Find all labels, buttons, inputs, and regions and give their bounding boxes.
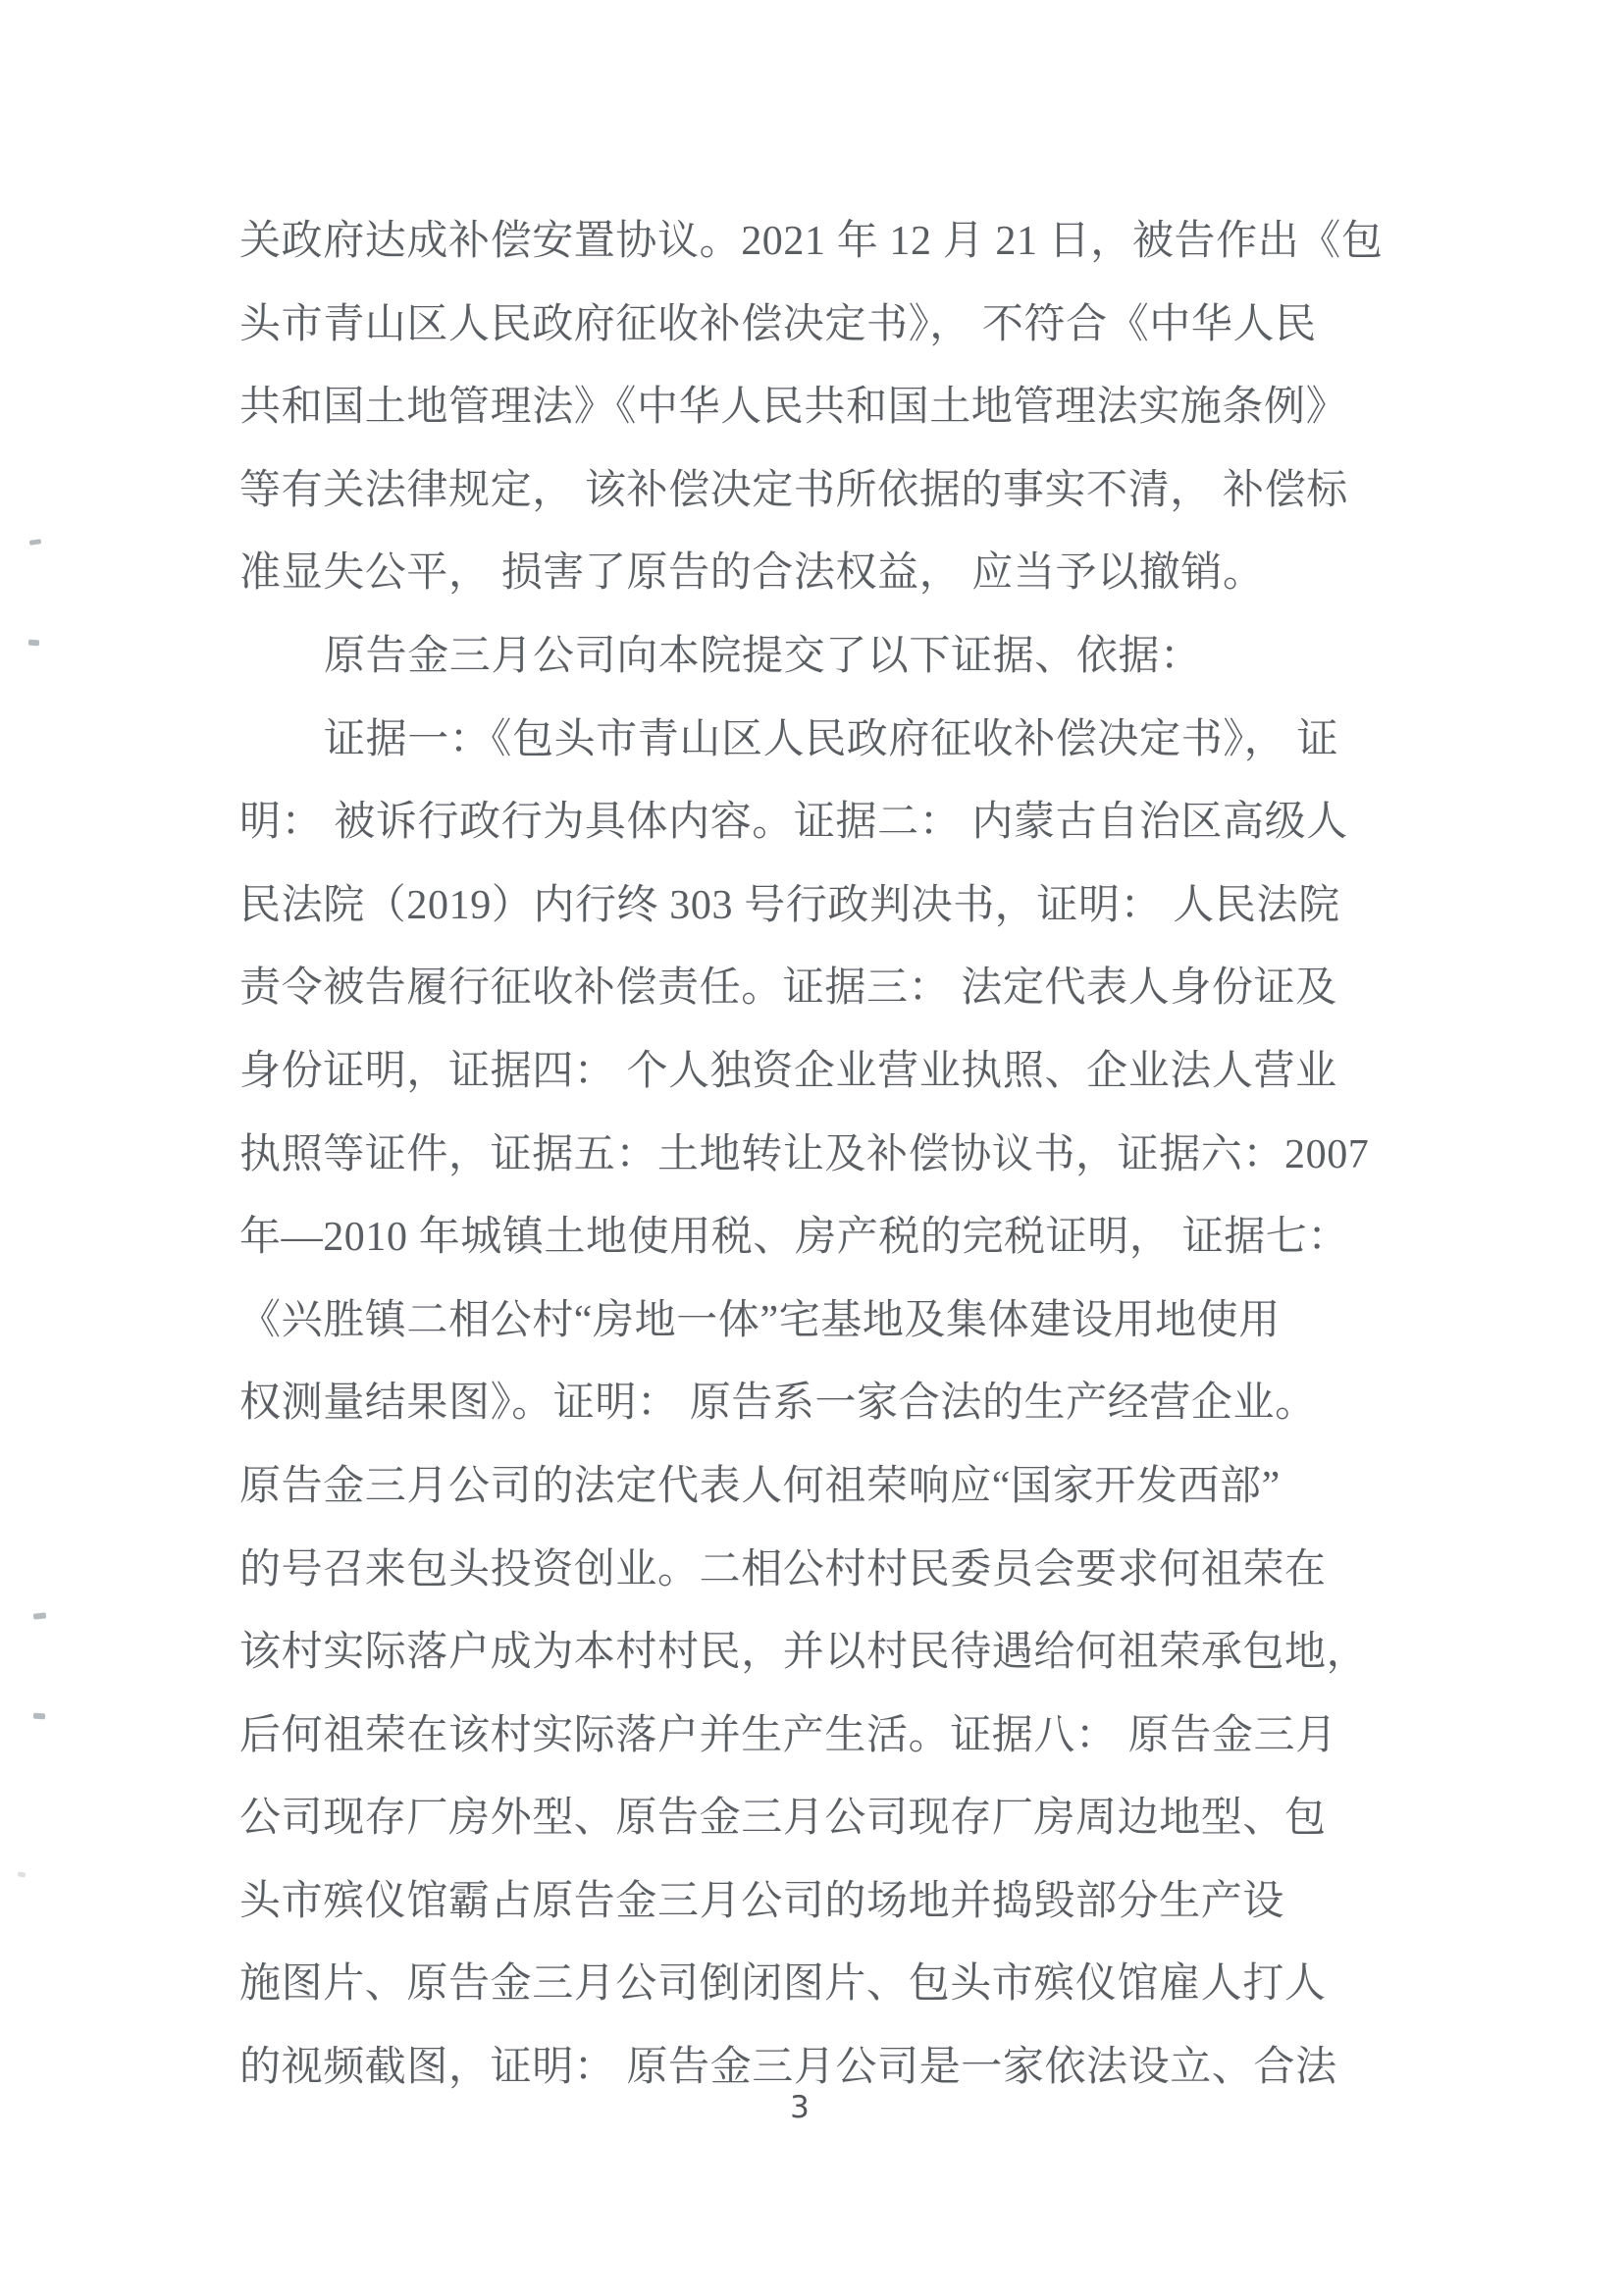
text-line: 年—2010 年城镇土地使用税、房产税的完税证明， 证据七： — [239, 1196, 1386, 1279]
text-line: 后何祖荣在该村实际落户并生产生活。证据八： 原告金三月 — [239, 1695, 1386, 1778]
margin-scan-artifact — [33, 1713, 45, 1720]
text-line: 施图片、原告金三月公司倒闭图片、包头市殡仪馆雇人打人 — [239, 1943, 1386, 2026]
text-line: 头市殡仪馆霸占原告金三月公司的场地并捣毁部分生产设 — [239, 1860, 1386, 1944]
text-line: 身份证明，证据四： 个人独资企业营业执照、企业法人营业 — [239, 1030, 1386, 1114]
document-page: 关政府达成补偿安置协议。2021 年 12 月 21 日，被告作出《包头市青山区… — [0, 0, 1623, 2296]
text-line: 共和国土地管理法》《中华人民共和国土地管理法实施条例》 — [239, 366, 1386, 449]
text-line: 准显失公平， 损害了原告的合法权益， 应当予以撤销。 — [239, 532, 1386, 615]
margin-scan-artifact — [33, 1612, 47, 1619]
text-line: 的号召来包头投资创业。二相公村村民委员会要求何祖荣在 — [239, 1529, 1386, 1612]
text-line: 公司现存厂房外型、原告金三月公司现存厂房周边地型、包 — [239, 1777, 1386, 1860]
text-line: 执照等证件，证据五：土地转让及补偿协议书，证据六：2007 — [239, 1114, 1386, 1197]
text-line: 关政府达成补偿安置协议。2021 年 12 月 21 日，被告作出《包 — [239, 200, 1386, 284]
margin-scan-artifact — [18, 1871, 26, 1877]
document-body-text: 关政府达成补偿安置协议。2021 年 12 月 21 日，被告作出《包头市青山区… — [239, 200, 1386, 2110]
text-line: 明： 被诉行政行为具体内容。证据二： 内蒙古自治区高级人 — [239, 781, 1386, 864]
text-line: 权测量结果图》。证明： 原告系一家合法的生产经营企业。 — [239, 1362, 1386, 1445]
text-line: 头市青山区人民政府征收补偿决定书》， 不符合《中华人民 — [239, 284, 1386, 367]
text-line: 等有关法律规定， 该补偿决定书所依据的事实不清， 补偿标 — [239, 449, 1386, 533]
text-line: 证据一：《包头市青山区人民政府征收补偿决定书》， 证 — [239, 699, 1386, 782]
text-line: 原告金三月公司向本院提交了以下证据、依据： — [239, 615, 1386, 699]
text-line: 该村实际落户成为本村村民，并以村民待遇给何祖荣承包地， — [239, 1611, 1386, 1695]
margin-scan-artifact — [28, 640, 39, 647]
margin-scan-artifact — [29, 539, 42, 546]
page-number: 3 — [746, 2088, 854, 2127]
text-line: 民法院（2019）内行终 303 号行政判决书，证明： 人民法院 — [239, 864, 1386, 948]
text-line: 《兴胜镇二相公村“房地一体”宅基地及集体建设用地使用 — [239, 1279, 1386, 1363]
text-line: 原告金三月公司的法定代表人何祖荣响应“国家开发西部” — [239, 1445, 1386, 1529]
text-line: 责令被告履行征收补偿责任。证据三： 法定代表人身份证及 — [239, 947, 1386, 1030]
